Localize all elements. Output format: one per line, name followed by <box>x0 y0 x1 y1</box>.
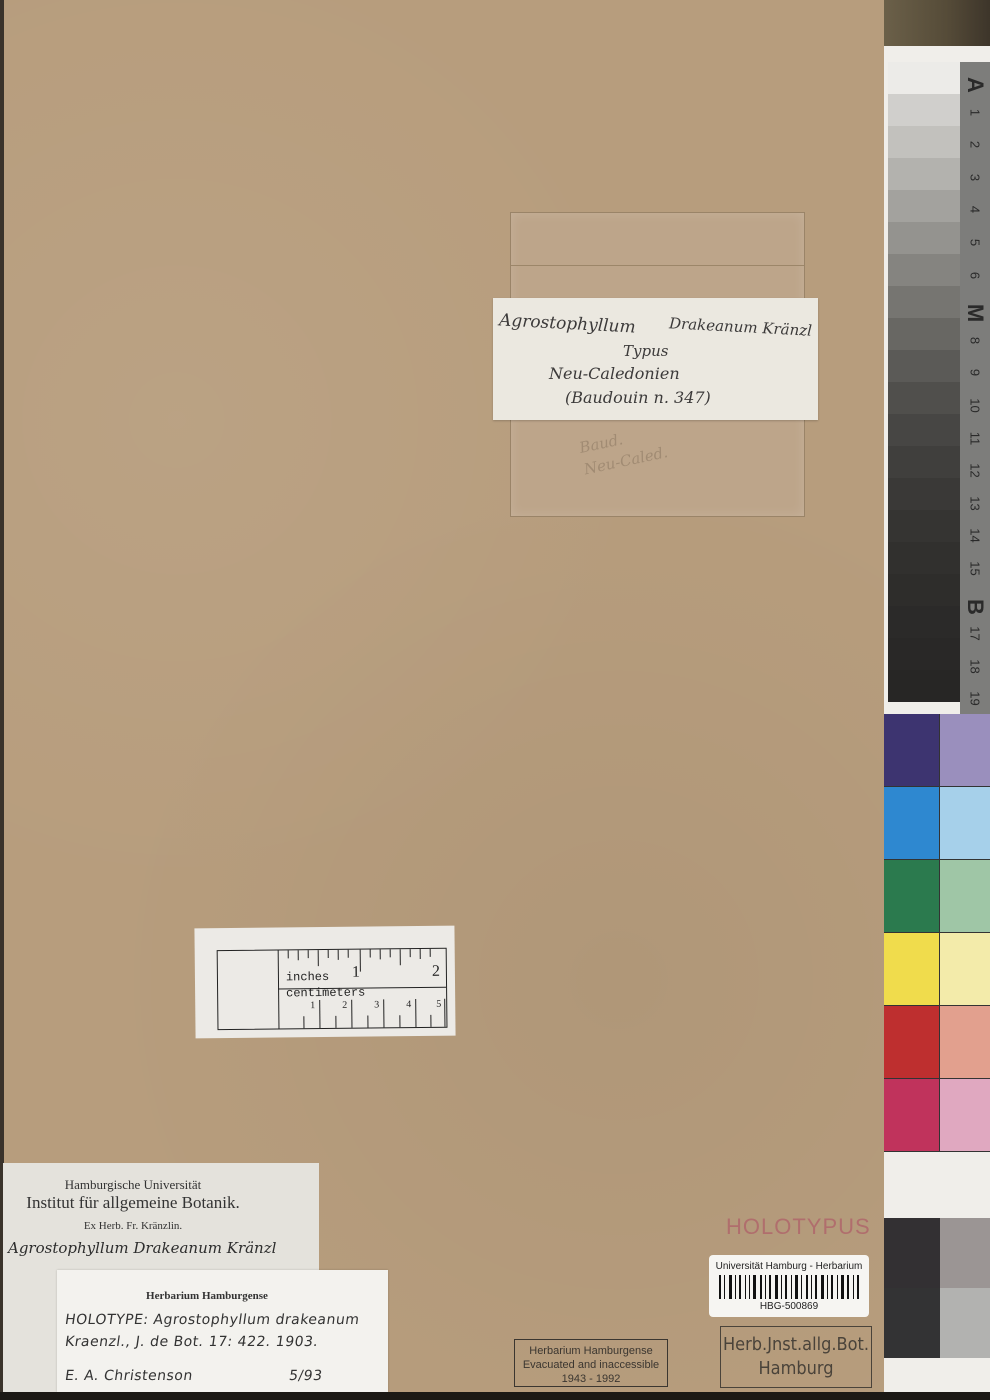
centimeters-label: centimeters <box>286 986 365 1001</box>
gray-step-label: 18 <box>968 651 983 681</box>
gray-step-label: 13 <box>968 488 983 518</box>
bottom-gray-patches <box>884 1218 990 1358</box>
label-typus: Typus <box>623 342 668 360</box>
gray-step <box>888 126 960 158</box>
inches-label: inches <box>286 970 329 984</box>
gray-step <box>888 286 960 318</box>
gray-step <box>888 382 960 414</box>
institute-stamp-line-1: Herb.Jnst.allg.Bot. <box>721 1333 871 1357</box>
cm-2: 2 <box>342 1000 347 1011</box>
gray-step-label: 9 <box>968 358 983 388</box>
gray-step <box>888 446 960 478</box>
gray-step-label: 14 <box>968 521 983 551</box>
color-patch-row <box>884 1079 990 1152</box>
gray-step-label: M <box>962 298 988 328</box>
gray-step <box>888 670 960 702</box>
gray-step-label: B <box>962 592 988 622</box>
gray-step <box>888 350 960 382</box>
holotypus-stamp: HOLOTYPUS <box>726 1214 871 1240</box>
institute-name: Institut für allgemeine Botanik. <box>3 1193 263 1213</box>
holotype-line-2: Kraenzl., J. de Bot. 17: 422. 1903. <box>64 1334 320 1350</box>
color-patch <box>884 787 940 859</box>
gray-step-label: 1 <box>968 97 983 127</box>
chart-top-shadow <box>884 0 990 46</box>
gray-step-label: A <box>962 70 988 100</box>
evacuated-line-2: Evacuated and inaccessible <box>515 1358 667 1372</box>
color-patch-row <box>884 933 990 1006</box>
gray-step-label: 11 <box>968 423 983 453</box>
holotype-line-1: HOLOTYPE: Agrostophyllum drakeanum <box>64 1312 361 1328</box>
gray-step <box>888 190 960 222</box>
gray-step <box>888 318 960 350</box>
color-patch-row <box>884 860 990 933</box>
gray-step-label: 5 <box>968 228 983 258</box>
color-patch <box>940 933 990 1005</box>
color-patch <box>940 1006 990 1078</box>
color-patches <box>884 714 990 1152</box>
gray-step <box>888 414 960 446</box>
color-patch <box>884 933 940 1005</box>
gray-step-label: 4 <box>968 195 983 225</box>
gray-step-label: 10 <box>968 391 983 421</box>
color-patch <box>940 714 990 786</box>
gray-step-label: 6 <box>968 260 983 290</box>
gray-step <box>888 254 960 286</box>
envelope-ghost-writing: Baud. Neu-Caled. <box>577 420 669 481</box>
ruler-blank-area <box>218 950 280 1029</box>
evacuated-line-3: 1943 - 1992 <box>515 1372 667 1386</box>
inch-1: 1 <box>352 964 360 982</box>
gray-scale-labels: A123456M89101112131415B171819 <box>960 62 990 714</box>
cm-5: 5 <box>436 999 441 1010</box>
gray-step <box>888 222 960 254</box>
gray-step <box>888 510 960 542</box>
handwritten-species-name: Agrostophyllum Drakeanum Kränzl <box>8 1239 276 1257</box>
color-patch <box>884 1006 940 1078</box>
university-name: Hamburgische Universität <box>3 1177 263 1193</box>
evacuated-line-1: Herbarium Hamburgense <box>515 1344 667 1358</box>
envelope-flap-line <box>511 265 804 266</box>
label-collector: (Baudouin n. 347) <box>565 388 711 407</box>
label-genus: Agrostophyllum <box>499 310 637 337</box>
gray-step-label: 2 <box>968 130 983 160</box>
institute-stamp: Herb.Jnst.allg.Bot. Hamburg <box>720 1326 872 1388</box>
color-calibration-chart: A123456M89101112131415B171819 <box>884 0 990 1400</box>
gray-step <box>888 638 960 670</box>
holotype-label: Herbarium Hamburgense HOLOTYPE: Agrostop… <box>57 1270 388 1392</box>
cm-3: 3 <box>374 999 379 1010</box>
gray-step-label: 8 <box>968 325 983 355</box>
gray-patch-row <box>884 1218 990 1288</box>
institute-stamp-line-2: Hamburg <box>721 1357 871 1381</box>
color-patch <box>884 1079 940 1151</box>
gray-step <box>888 478 960 510</box>
gray-step-label: 19 <box>968 684 983 714</box>
cm-1: 1 <box>310 1000 315 1011</box>
gray-patch <box>940 1218 990 1288</box>
gray-patch <box>884 1288 940 1358</box>
gray-step <box>888 62 960 94</box>
label-locality: Neu-Caledonien <box>549 364 680 383</box>
gray-patch <box>940 1288 990 1358</box>
gray-step-label: 12 <box>968 456 983 486</box>
gray-step <box>888 158 960 190</box>
color-patch <box>940 860 990 932</box>
color-patch-row <box>884 787 990 860</box>
gray-step <box>888 542 960 574</box>
determination-date: 5/93 <box>288 1368 324 1384</box>
cm-4: 4 <box>406 999 411 1010</box>
holotype-label-header: Herbarium Hamburgense <box>57 1290 357 1302</box>
ex-herbarium: Ex Herb. Fr. Kränzlin. <box>3 1220 263 1232</box>
color-patch-row <box>884 1006 990 1079</box>
color-patch-row <box>884 714 990 787</box>
gray-step-label: 17 <box>968 619 983 649</box>
envelope-label: Agrostophyllum Drakeanum Kränzl Typus Ne… <box>493 298 818 420</box>
scanner-bed-edge <box>0 1392 990 1400</box>
barcode-title: Universität Hamburg - Herbarium <box>709 1261 869 1272</box>
gray-step <box>888 94 960 126</box>
barcode-bars <box>719 1275 859 1299</box>
evacuated-stamp: Herbarium Hamburgense Evacuated and inac… <box>514 1339 668 1387</box>
gray-step <box>888 574 960 606</box>
gray-patch <box>884 1218 940 1288</box>
barcode-label: Universität Hamburg - Herbarium HBG-5008… <box>709 1255 869 1317</box>
color-patch <box>940 1079 990 1151</box>
color-patch <box>940 787 990 859</box>
barcode-id: HBG-500869 <box>709 1301 869 1312</box>
gray-step-label: 15 <box>968 554 983 584</box>
inch-2: 2 <box>432 963 440 981</box>
color-patch <box>884 860 940 932</box>
gray-scale-strip <box>888 62 960 702</box>
color-patch <box>884 714 940 786</box>
gray-patch-row <box>884 1288 990 1358</box>
label-epithet: Drakeanum Kränzl <box>669 314 813 339</box>
gray-step <box>888 606 960 638</box>
scale-ruler: inches centimeters 1 2 1 2 3 4 5 <box>194 926 455 1039</box>
determiner-name: E. A. Christenson <box>64 1368 194 1384</box>
ruler-frame: inches centimeters 1 2 1 2 3 4 5 <box>217 948 448 1030</box>
gray-step-label: 3 <box>968 162 983 192</box>
